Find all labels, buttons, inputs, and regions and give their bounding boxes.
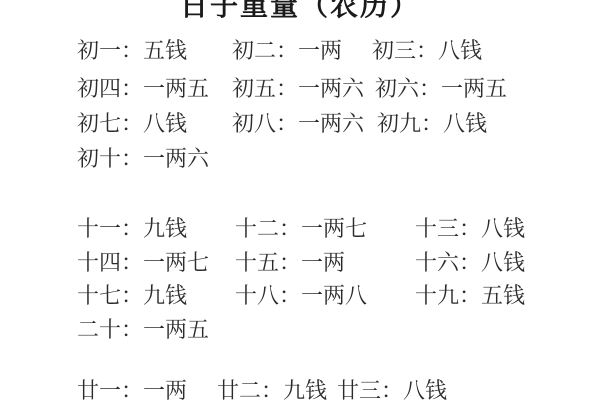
day-weight-entry: 十二：一两七 [235, 215, 367, 245]
weight-value: 八钱 [443, 112, 487, 137]
day-label: 初七 [77, 112, 121, 137]
weight-value: 九钱 [143, 217, 187, 242]
day-weight-entry: 初七：八钱 [77, 110, 187, 140]
colon-separator: ： [121, 284, 143, 309]
weight-value: 一两七 [301, 217, 367, 242]
colon-separator: ： [276, 77, 298, 102]
day-weight-entry: 十四：一两七 [77, 249, 209, 279]
day-weight-entry: 初三：八钱 [372, 37, 482, 67]
day-weight-entry: 初二：一两 [232, 37, 342, 67]
day-weight-entry: 十一：九钱 [77, 215, 187, 245]
weight-value: 一两六 [298, 77, 364, 102]
day-label: 初四 [77, 77, 121, 102]
weight-value: 一两 [301, 251, 345, 276]
day-weight-entry: 十三：八钱 [415, 215, 525, 245]
colon-separator: ： [421, 112, 443, 137]
colon-separator: ： [121, 39, 143, 64]
day-label: 初八 [232, 112, 276, 137]
day-label: 初五 [232, 77, 276, 102]
weight-value: 一两六 [298, 112, 364, 137]
day-label: 十二 [235, 217, 279, 242]
day-label: 初十 [77, 147, 121, 172]
colon-separator: ： [121, 318, 143, 343]
day-weight-entry: 初四：一两五 [77, 75, 209, 105]
day-label: 初三 [372, 39, 416, 64]
weight-value: 八钱 [143, 112, 187, 137]
colon-separator: ： [459, 251, 481, 276]
colon-separator: ： [276, 39, 298, 64]
day-label: 廿二 [217, 379, 261, 400]
weight-value: 八钱 [481, 251, 525, 276]
colon-separator: ： [261, 379, 283, 400]
weight-value: 五钱 [143, 39, 187, 64]
colon-separator: ： [459, 284, 481, 309]
weight-value: 一两 [298, 39, 342, 64]
day-weight-entry: 初一：五钱 [77, 37, 187, 67]
day-weight-entry: 廿二：九钱 [217, 377, 327, 400]
day-label: 初一 [77, 39, 121, 64]
colon-separator: ： [459, 217, 481, 242]
weight-value: 五钱 [481, 284, 525, 309]
day-weight-entry: 十七：九钱 [77, 282, 187, 312]
weight-value: 九钱 [143, 284, 187, 309]
colon-separator: ： [279, 251, 301, 276]
day-weight-entry: 廿一：一两 [77, 377, 187, 400]
day-weight-entry: 二十：一两五 [77, 316, 209, 346]
weight-value: 一两七 [143, 251, 209, 276]
day-label: 十三 [415, 217, 459, 242]
colon-separator: ： [121, 77, 143, 102]
weight-value: 一两六 [143, 147, 209, 172]
weight-value: 八钱 [481, 217, 525, 242]
day-label: 十六 [415, 251, 459, 276]
day-label: 十七 [77, 284, 121, 309]
day-weight-entry: 十八：一两八 [235, 282, 367, 312]
day-weight-entry: 十六：八钱 [415, 249, 525, 279]
weight-value: 八钱 [403, 379, 447, 400]
colon-separator: ： [279, 284, 301, 309]
page-title: 日子重量（农历） [0, 0, 600, 24]
colon-separator: ： [121, 379, 143, 400]
colon-separator: ： [381, 379, 403, 400]
weight-value: 一两 [143, 379, 187, 400]
day-label: 初九 [377, 112, 421, 137]
day-weight-entry: 初六：一两五 [375, 75, 507, 105]
day-weight-entry: 初五：一两六 [232, 75, 364, 105]
colon-separator: ： [416, 39, 438, 64]
day-weight-entry: 初十：一两六 [77, 145, 209, 175]
weight-value: 八钱 [438, 39, 482, 64]
day-weight-entry: 初九：八钱 [377, 110, 487, 140]
day-label: 廿一 [77, 379, 121, 400]
day-weight-entry: 十九：五钱 [415, 282, 525, 312]
colon-separator: ： [121, 147, 143, 172]
weight-value: 一两五 [143, 77, 209, 102]
day-label: 廿三 [337, 379, 381, 400]
day-label: 十九 [415, 284, 459, 309]
day-label: 初六 [375, 77, 419, 102]
day-weight-entry: 廿三：八钱 [337, 377, 447, 400]
weight-value: 一两五 [441, 77, 507, 102]
colon-separator: ： [276, 112, 298, 137]
weight-value: 九钱 [283, 379, 327, 400]
colon-separator: ： [121, 251, 143, 276]
day-label: 十四 [77, 251, 121, 276]
weight-value: 一两八 [301, 284, 367, 309]
colon-separator: ： [279, 217, 301, 242]
day-label: 十五 [235, 251, 279, 276]
colon-separator: ： [121, 217, 143, 242]
colon-separator: ： [121, 112, 143, 137]
colon-separator: ： [419, 77, 441, 102]
weight-value: 一两五 [143, 318, 209, 343]
day-weight-entry: 初八：一两六 [232, 110, 364, 140]
day-label: 初二 [232, 39, 276, 64]
day-label: 二十 [77, 318, 121, 343]
day-label: 十一 [77, 217, 121, 242]
day-weight-entry: 十五：一两 [235, 249, 345, 279]
day-label: 十八 [235, 284, 279, 309]
